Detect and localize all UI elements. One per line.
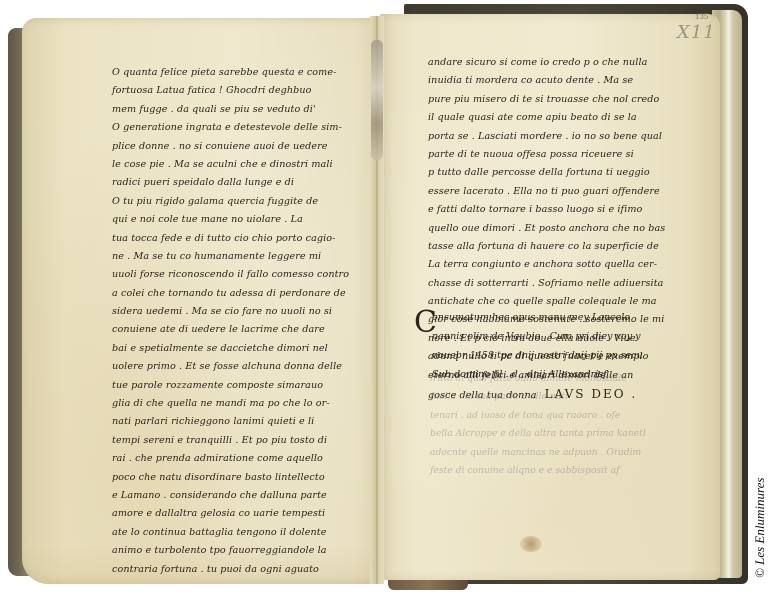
text-line: ate lo continua battaglia tengono il dol… bbox=[112, 524, 349, 542]
text-line: adocnte quelle mancinas ne adpuon . Orad… bbox=[430, 444, 646, 462]
text-line: rai . che prenda admiratione come aquell… bbox=[112, 450, 349, 468]
text-line: uuoli forse riconoscendo il fallo comess… bbox=[112, 266, 349, 284]
text-line: contraria fortuna . tu puoi da ogni agua… bbox=[112, 561, 349, 579]
text-line: uolere primo . Et se fosse alchuna donna… bbox=[112, 358, 349, 376]
text-line: porta se . Lasciati mordere . io no so b… bbox=[428, 128, 665, 146]
frayed-binding bbox=[388, 580, 468, 590]
bleed-through-text: iruto di qual fatto dallo dimote monosti… bbox=[430, 370, 646, 480]
colophon-line: nouebr 1458 tpe dnij nostri dnij pij pp … bbox=[418, 346, 643, 365]
text-line: parte di te nuoua offesa possa riceuere … bbox=[428, 146, 665, 164]
text-line: plice donne . no si conuiene auoi de ued… bbox=[112, 138, 349, 156]
text-line: p tutto dalle percosse della fortuna ti … bbox=[428, 164, 665, 182]
text-line: e Lamano . considerando che dalluna part… bbox=[112, 487, 349, 505]
colophon-line: nannis olim de Vgubio . Cum pri diey xoy… bbox=[418, 327, 643, 346]
text-line: radici pueri speidalo dalla lunge e di bbox=[112, 174, 349, 192]
text-line: poco che natu disordinare basto lintelle… bbox=[112, 469, 349, 487]
text-line: inuidia ti mordera co acuto dente . Ma s… bbox=[428, 72, 665, 90]
text-line: e fatti dalto tornare i basso luogo si e… bbox=[428, 201, 665, 219]
text-line: quello oue dimori . Et posto anchora che… bbox=[428, 220, 665, 238]
text-line: bai e spetialmente se daccietche dimori … bbox=[112, 340, 349, 358]
text-line: fuella . la tua parle d alle miti bbox=[430, 388, 646, 406]
folio-number: 135 bbox=[695, 13, 708, 21]
text-line: fortuosa Latua fatica ! Ghocdri deghbuo bbox=[112, 82, 349, 100]
text-line: qui e noi cole tue mane no uiolare . La bbox=[112, 211, 349, 229]
colophon: C onsumatum hec opus manu mey Lancelo na… bbox=[418, 308, 643, 384]
text-line: mem fugge . da quali se piu se veduto di… bbox=[112, 101, 349, 119]
text-line: il quale quasi ate come apiu beato di se… bbox=[428, 109, 665, 127]
manuscript-book: 135 X11 O quanta felice pieta sarebbe qu… bbox=[0, 0, 776, 600]
text-line: tua tocca fede e di tutto cio chio porto… bbox=[112, 230, 349, 248]
text-line: tenari . ad iuoso de tona qua raoaro . o… bbox=[430, 407, 646, 425]
text-line: La terra congiunto e anchora sotto quell… bbox=[428, 256, 665, 274]
text-line: andare sicuro si come io credo p o che n… bbox=[428, 54, 665, 72]
text-line: pure piu misero di te si trouasse che no… bbox=[428, 91, 665, 109]
text-line: glia di che quella ne mandi ma po che lo… bbox=[112, 395, 349, 413]
text-line: nati parlari richieggono lanimi quieti e… bbox=[112, 413, 349, 431]
copyright-notice: © Les Enluminures bbox=[752, 458, 772, 578]
text-line: feste di conuine aliqno e e sabbisposit … bbox=[430, 462, 646, 480]
text-line: sidera uedemi . Ma se cio fare no uuoli … bbox=[112, 303, 349, 321]
text-line: animo e turbolento tpo fauorreggiandole … bbox=[112, 542, 349, 560]
colophon-line: Sub domino fil . d . dnij Allexandrisf bbox=[418, 365, 643, 384]
text-line: conuiene ate di uedere le lacrime che da… bbox=[112, 321, 349, 339]
text-line: essere lacerato . Ella no ti puo guari o… bbox=[428, 183, 665, 201]
text-line: tempi sereni e tranquilli . Et po piu to… bbox=[112, 432, 349, 450]
page-stain bbox=[520, 536, 542, 552]
colophon-initial: C bbox=[414, 308, 437, 338]
gutter-damage bbox=[371, 40, 383, 160]
text-line: O generatione ingrata e detestevole dell… bbox=[112, 119, 349, 137]
text-line: tasse alla fortuna di hauere co la super… bbox=[428, 238, 665, 256]
text-line: O quanta felice pieta sarebbe questa e c… bbox=[112, 64, 349, 82]
colophon-line: onsumatum hec opus manu mey Lancelo bbox=[418, 308, 643, 327]
text-line: amore e dallaltra gelosia co uarie tempe… bbox=[112, 505, 349, 523]
text-line: bella Alcroppe e della altra tanta prima… bbox=[430, 425, 646, 443]
text-line: tue parole rozzamente composte simarauo bbox=[112, 377, 349, 395]
shelf-mark: X11 bbox=[677, 22, 716, 43]
left-page-text: O quanta felice pieta sarebbe questa e c… bbox=[112, 64, 349, 579]
text-line: chasse di sotterrarti . Sofriamo nelle a… bbox=[428, 275, 665, 293]
text-line: O tu piu rigido galama quercia fuggite d… bbox=[112, 193, 349, 211]
text-line: ne . Ma se tu co humanamente leggere mi bbox=[112, 248, 349, 266]
text-line: le cose pie . Ma se aculni che e dinostr… bbox=[112, 156, 349, 174]
text-line: a colei che tornando tu adessa di perdon… bbox=[112, 285, 349, 303]
